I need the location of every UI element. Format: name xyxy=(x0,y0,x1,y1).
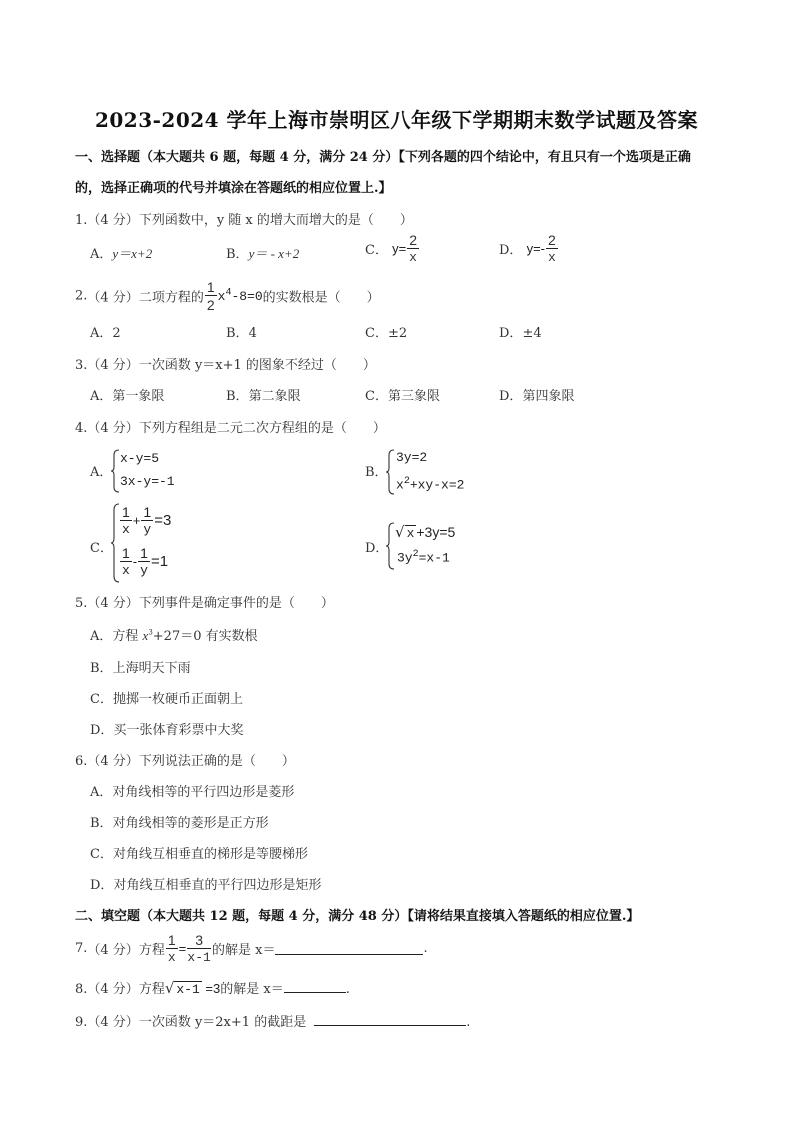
option-label: C． xyxy=(90,847,113,862)
question-3: 3.（4 分）一次函数 y＝x+1 的图象不经过（ ） xyxy=(75,354,376,373)
q3-option-c: C．第三象限 xyxy=(365,385,440,404)
question-number: 6. xyxy=(75,754,87,769)
question-stem: 方程 xyxy=(139,943,165,958)
question-score: （4 分） xyxy=(87,1015,138,1030)
question-number: 8. xyxy=(75,982,87,997)
option-label: D． xyxy=(365,537,388,556)
question-stem: 一次函数 y＝2x+1 的截距是 xyxy=(139,1015,306,1030)
answer-blank[interactable] xyxy=(314,1013,466,1026)
denominator: x-1 xyxy=(187,949,210,964)
option-math: y= xyxy=(392,241,406,256)
option-text: ±2 xyxy=(388,326,407,341)
numerator: 1 xyxy=(205,280,217,296)
answer-blank[interactable] xyxy=(275,942,423,955)
question-stem: 方程 xyxy=(139,982,165,997)
question-number: 2. xyxy=(75,289,87,304)
fraction: 1x xyxy=(120,546,132,577)
section-1-heading-line1: 一、选择题（本大题共 6 题，每题 4 分，满分 24 分）【下列各题的四个结论… xyxy=(75,146,691,165)
numerator: 2 xyxy=(546,233,558,249)
option-label: D． xyxy=(90,723,113,738)
question-score: （4 分） xyxy=(87,596,138,611)
radicand: x-1 xyxy=(174,981,201,997)
answer-blank[interactable] xyxy=(284,980,346,993)
q5-option-a: A．方程 x3+27＝0 有实数根 xyxy=(90,625,258,644)
q1-option-b: B．y＝ - x+2 xyxy=(226,243,299,262)
option-math: y=- xyxy=(527,241,545,256)
option-label: B． xyxy=(226,326,249,341)
q3-option-b: B．第二象限 xyxy=(226,385,301,404)
left-brace-icon xyxy=(386,449,396,495)
numerator: 3 xyxy=(187,933,211,949)
option-label: A． xyxy=(90,461,112,480)
question-4: 4.（4 分）下列方程组是二元二次方程组的是（ ） xyxy=(75,417,386,436)
system-line-1: √x+3y=5 xyxy=(395,523,455,541)
denominator: x xyxy=(168,949,176,964)
option-label: A． xyxy=(90,389,112,404)
equation-rest: =3 xyxy=(202,981,220,996)
question-number: 5. xyxy=(75,596,87,611)
option-text: 4 xyxy=(249,326,257,341)
option-text: 对角线相等的菱形是正方形 xyxy=(113,816,269,831)
question-score: （4 分） xyxy=(87,291,138,306)
question-number: 1. xyxy=(75,213,87,228)
denominator: x xyxy=(409,249,417,264)
question-stem-suffix: 的实数根是（ ） xyxy=(263,291,380,306)
option-text: 第一象限 xyxy=(112,389,164,404)
option-text: 抛掷一枚硬币正面朝上 xyxy=(113,692,243,707)
radicand: x xyxy=(405,525,417,541)
option-label: B． xyxy=(90,816,113,831)
question-number: 3. xyxy=(75,358,87,373)
system-line-1: x-y=5 xyxy=(120,451,159,466)
question-score: （4 分） xyxy=(87,358,138,373)
eq-rest: =x-1 xyxy=(419,550,450,565)
q1-option-a: A．y＝x+2 xyxy=(90,243,152,262)
denominator: x xyxy=(122,521,130,536)
rhs: =1 xyxy=(151,553,168,570)
question-stem-suffix: 的解是 x＝ xyxy=(212,943,275,958)
question-score: （4 分） xyxy=(87,982,138,997)
numerator: 1 xyxy=(120,505,132,521)
question-7: 7.（4 分）方程1x=3x-1的解是 x＝. xyxy=(75,933,428,964)
question-stem: 下列说法正确的是（ ） xyxy=(139,754,295,769)
operator: - xyxy=(133,554,137,569)
period: . xyxy=(466,1015,470,1030)
eq-var: 3y xyxy=(397,550,413,565)
question-8: 8.（4 分）方程√x-1 =3的解是 x＝. xyxy=(75,978,350,997)
system-line-2: 3y2=x-1 xyxy=(397,549,450,565)
question-number: 9. xyxy=(75,1015,87,1030)
question-stem: 下列函数中，y 随 x 的增大而增大的是（ ） xyxy=(139,213,413,228)
fraction: 3x-1 xyxy=(187,933,211,964)
operator: + xyxy=(133,513,141,528)
fraction: 1y xyxy=(138,546,150,577)
option-text: 买一张体育彩票中大奖 xyxy=(113,723,243,738)
option-label: B． xyxy=(226,389,249,404)
denominator: 2 xyxy=(207,296,215,312)
sqrt-icon: √ xyxy=(395,523,405,541)
option-label: C． xyxy=(365,389,388,404)
equals: = xyxy=(179,941,187,956)
option-text: y＝ - x+2 xyxy=(249,246,300,261)
eq-rest: +3y=5 xyxy=(416,524,455,540)
eq-var: x xyxy=(396,477,404,492)
question-score: （4 分） xyxy=(87,421,138,436)
eq-rest: +xy-x=2 xyxy=(410,477,465,492)
option-label: A． xyxy=(90,326,112,341)
question-9: 9.（4 分）一次函数 y＝2x+1 的截距是. xyxy=(75,1011,470,1030)
question-score: （4 分） xyxy=(87,943,138,958)
section-1-heading-line2: 的，选择正确项的代号并填涂在答题纸的相应位置上.】 xyxy=(75,177,392,196)
q1-option-c: C． y=2x xyxy=(365,233,420,264)
q2-option-c: C．±2 xyxy=(365,322,407,341)
equation: x4-8=0 xyxy=(218,289,263,304)
q5-option-d: D．买一张体育彩票中大奖 xyxy=(90,719,243,738)
rhs: =3 xyxy=(154,512,171,529)
option-label: B． xyxy=(90,661,113,676)
q2-option-a: A．2 xyxy=(90,322,121,341)
question-number: 7. xyxy=(75,941,87,956)
denominator: y xyxy=(140,562,148,577)
option-text: 第三象限 xyxy=(388,389,440,404)
numerator: 2 xyxy=(407,233,419,249)
period: . xyxy=(346,982,350,997)
option-label: B． xyxy=(365,461,388,480)
fraction: 2x xyxy=(546,233,558,264)
question-stem-suffix: 的解是 x＝ xyxy=(220,982,283,997)
option-label: D． xyxy=(499,326,522,341)
option-text: 第四象限 xyxy=(522,389,574,404)
option-label: D． xyxy=(499,389,522,404)
q6-option-c: C．对角线互相垂直的梯形是等腰梯形 xyxy=(90,843,308,862)
numerator: 1 xyxy=(141,505,153,521)
option-label: B． xyxy=(226,247,249,262)
numerator: 1 xyxy=(120,546,132,562)
q3-option-a: A．第一象限 xyxy=(90,385,164,404)
denominator: x xyxy=(122,562,130,577)
option-text: 对角线互相垂直的梯形是等腰梯形 xyxy=(113,847,308,862)
question-2: 2.（4 分）二项方程的12x4-8=0的实数根是（ ） xyxy=(75,280,380,312)
page-title: 2023-2024 学年上海市崇明区八年级下学期期末数学试题及答案 xyxy=(0,104,793,133)
option-label: D． xyxy=(90,878,113,893)
question-stem: 二项方程的 xyxy=(139,291,204,306)
system-line-2: 1x-1y=1 xyxy=(119,546,168,577)
option-label: C． xyxy=(90,537,113,556)
question-stem: 下列方程组是二元二次方程组的是（ ） xyxy=(139,421,386,436)
q5-option-c: C．抛掷一枚硬币正面朝上 xyxy=(90,688,243,707)
option-text: 对角线互相垂直的平行四边形是矩形 xyxy=(113,878,321,893)
option-label: A． xyxy=(90,247,112,262)
question-score: （4 分） xyxy=(87,754,138,769)
section-2-heading: 二、填空题（本大题共 12 题，每题 4 分，满分 48 分）【请将结果直接填入… xyxy=(75,905,639,924)
q5-option-b: B．上海明天下雨 xyxy=(90,657,191,676)
numerator: 1 xyxy=(138,546,150,562)
option-text: 2 xyxy=(112,326,120,341)
question-6: 6.（4 分）下列说法正确的是（ ） xyxy=(75,750,295,769)
fraction: 1x xyxy=(120,505,132,536)
denominator: y xyxy=(143,521,151,536)
q2-option-b: B．4 xyxy=(226,322,257,341)
option-text: 上海明天下雨 xyxy=(113,661,191,676)
option-label: A． xyxy=(90,785,112,800)
question-stem: 一次函数 y＝x+1 的图象不经过（ ） xyxy=(139,358,376,373)
option-label: A． xyxy=(90,629,112,644)
numerator: 1 xyxy=(166,933,178,949)
q6-option-a: A．对角线相等的平行四边形是菱形 xyxy=(90,781,294,800)
system-line-2: x2+xy-x=2 xyxy=(396,476,464,492)
option-label: C． xyxy=(365,326,388,341)
option-label: D． xyxy=(499,243,522,258)
option-text: 第二象限 xyxy=(249,389,301,404)
question-number: 4. xyxy=(75,421,87,436)
q6-option-b: B．对角线相等的菱形是正方形 xyxy=(90,812,269,831)
system-line-1: 3y=2 xyxy=(396,450,427,465)
question-stem: 下列事件是确定事件的是（ ） xyxy=(139,596,334,611)
question-score: （4 分） xyxy=(87,213,138,228)
period: . xyxy=(423,941,427,956)
option-text: 对角线相等的平行四边形是菱形 xyxy=(112,785,294,800)
sqrt-icon: √ xyxy=(165,979,175,997)
q3-option-d: D．第四象限 xyxy=(499,385,574,404)
option-label: C． xyxy=(90,692,113,707)
denominator: x xyxy=(548,249,556,264)
fraction: 2x xyxy=(407,233,419,264)
question-1: 1.（4 分）下列函数中，y 随 x 的增大而增大的是（ ） xyxy=(75,209,413,228)
q2-option-d: D．±4 xyxy=(499,322,542,341)
option-text: y＝x+2 xyxy=(112,246,152,261)
system-line-2: 3x-y=-1 xyxy=(120,474,175,489)
eq-rest: -8=0 xyxy=(231,289,262,304)
fraction: 1x xyxy=(166,933,178,964)
q6-option-d: D．对角线互相垂直的平行四边形是矩形 xyxy=(90,874,321,893)
system-line-1: 1x+1y=3 xyxy=(119,505,171,536)
fraction: 1y xyxy=(141,505,153,536)
question-5: 5.（4 分）下列事件是确定事件的是（ ） xyxy=(75,592,334,611)
option-label: C． xyxy=(365,243,388,258)
q1-option-d: D． y=-2x xyxy=(499,233,559,264)
option-text: ±4 xyxy=(522,326,541,341)
option-text-suffix: +27＝0 有实数根 xyxy=(153,629,258,644)
option-text: 方程 xyxy=(112,629,142,644)
fraction: 12 xyxy=(205,280,217,312)
